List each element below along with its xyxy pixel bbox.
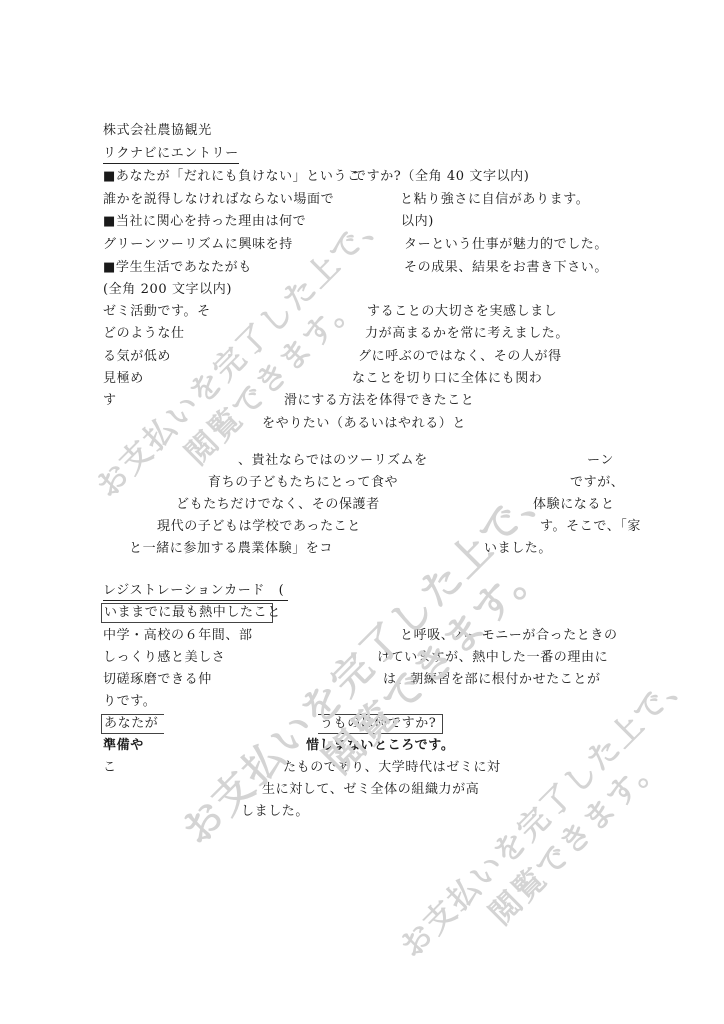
- r1-line-left: 切磋琢磨できる仲: [103, 672, 212, 688]
- watermark-line1: お支払いを完了した上で、: [393, 660, 698, 965]
- q3-limit: (全角 200 文字以内): [103, 282, 232, 298]
- q3-line-left: どのような仕: [103, 326, 185, 342]
- r1-line-right: は、朝練習を部に根付かせたことが: [383, 672, 601, 688]
- q3-line-right: 力が高まるかを常に考えました。: [365, 326, 569, 342]
- r2-line-right: しました。: [241, 804, 309, 820]
- q1-answer-left: 誰かを説得しなければならない場面で: [103, 192, 334, 208]
- q1-answer-right: と粘り強さに自信があります。: [400, 192, 589, 208]
- r2-line-right: 生に対して、ゼミ全体の組織力が高: [262, 782, 479, 798]
- q3-line-right: 滑にする方法を体得できたこと: [284, 393, 474, 409]
- section-title-rikunabi: リクナビにエントリー: [103, 146, 239, 164]
- q4-line-right: ですが、: [570, 475, 624, 491]
- r2-line-right: たものであり、大学時代はゼミに対: [283, 760, 501, 776]
- watermark-line2: 閲覧できます。: [207, 500, 598, 891]
- r1-line-right: けていますが、熱中した一番の理由に: [377, 650, 608, 666]
- r1-line-left: 中学・高校の６年間、部: [103, 628, 253, 644]
- q3-line-left: ゼミ活動です。そ: [103, 304, 211, 320]
- q3-line-left: す: [103, 393, 117, 409]
- r2-line-left: こ: [103, 760, 117, 776]
- q2-answer-left: グリーンツーリズムに興味を持: [103, 237, 293, 253]
- q4-line-left: 、貴社ならではのツーリズムを: [238, 453, 428, 469]
- r1-line-right: と呼吸、ハーモニーが合ったときの: [400, 628, 618, 644]
- watermark-line2: 閲覧できます。: [420, 687, 724, 995]
- r1-line-left: りです。: [103, 694, 156, 710]
- q1-question-left: ■あなたが「だれにも負けない」というこ: [103, 169, 361, 185]
- q4-line-right: ーン: [587, 453, 614, 469]
- q4-heading-fragment: をやりたい（あるいはやれる）と: [262, 416, 466, 432]
- q1-question-right: ですか?（全角 40 文字以内): [353, 169, 529, 185]
- r1-question-box: いままでに最も熱中したこと: [101, 603, 273, 623]
- q2-question-left: ■当社に関心を持った理由は何で: [103, 214, 306, 230]
- section-title-registration-card: レジストレーションカード (: [103, 583, 288, 601]
- watermark-bottom-right: お支払いを完了した上で、 閲覧できます。: [392, 658, 724, 994]
- r2-question-box-left: あなたが: [101, 714, 164, 734]
- q3-line-right: なことを切り口に全体にも関わ: [352, 371, 542, 387]
- q2-answer-right: ターという仕事が魅力的でした。: [404, 237, 608, 253]
- q4-line-left: どもたちだけでなく、その保護者: [176, 497, 380, 513]
- document-page: 株式会社農協観光 リクナビにエントリー ■あなたが「だれにも負けない」というこ …: [0, 0, 724, 1024]
- q4-line-right: す。そこで、「家: [540, 519, 641, 535]
- q3-line-left: る気が低め: [103, 349, 171, 365]
- q4-line-left: と一緒に参加する農業体験」をコ: [129, 541, 333, 557]
- r2-answer-bold-right: 惜しまないところです。: [306, 738, 454, 754]
- company-name: 株式会社農協観光: [103, 123, 212, 139]
- q4-line-right: 体験になると: [533, 497, 615, 513]
- q3-line-right: グに呼ぶのではなく、その人が得: [358, 349, 562, 365]
- r2-question-box-right: うものは何ですか?: [318, 714, 443, 734]
- q4-line-left: 育ちの子どもたちにとって食や: [208, 475, 398, 491]
- q3-question-left: ■学生生活であなたがも: [103, 260, 252, 276]
- q4-line-right: いました。: [484, 541, 552, 557]
- q3-line-right: することの大切さを実感しまし: [367, 304, 557, 320]
- r1-line-left: しっくり感と美しさ: [103, 650, 225, 666]
- r2-answer-bold-left: 準備や: [103, 738, 144, 754]
- q4-line-left: 現代の子どもは学校であったこと: [157, 519, 361, 535]
- q2-question-right: 以内): [401, 214, 434, 230]
- q3-question-right: その成果、結果をお書き下さい。: [404, 260, 608, 276]
- q3-line-left: 見極め: [103, 371, 144, 387]
